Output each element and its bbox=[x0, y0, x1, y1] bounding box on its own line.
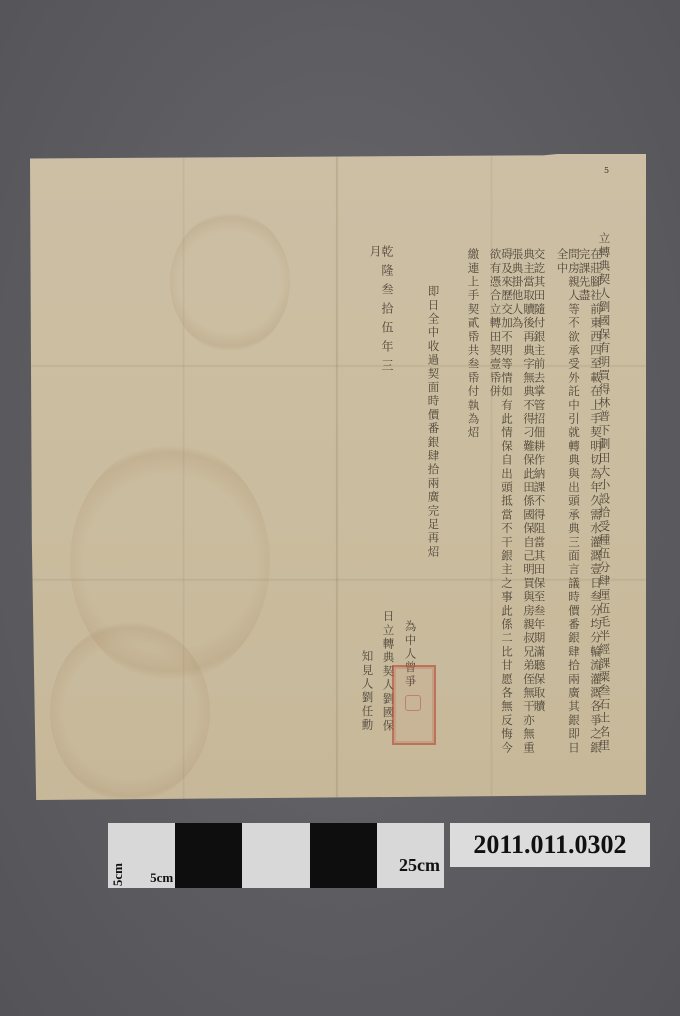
scale-segment-5: 25cm bbox=[377, 823, 444, 888]
scale-segment-1: 5cm 5cm bbox=[108, 823, 175, 888]
body-column-6: 碍及來歷交加不明等情如有此情保自出頭抵當不干銀主之事此係二比甘愿各無反悔今欲有憑… bbox=[489, 248, 512, 763]
body-column-7: 繳連上手契貳帋共叁帋付執為炤 bbox=[467, 248, 479, 448]
receipt-column: 即日全中收過契面時價番銀肆拾兩廣完足再炤 bbox=[427, 285, 439, 605]
scale-segment-3 bbox=[242, 823, 309, 888]
water-stain bbox=[50, 622, 210, 802]
scale-label-horizontal: 5cm bbox=[150, 870, 173, 886]
signature-witness: 知見人劉任勳 bbox=[361, 650, 373, 745]
scale-segment-2 bbox=[175, 823, 242, 888]
date-column: 乾隆叁拾伍年三月 bbox=[369, 245, 393, 395]
scale-segment-4 bbox=[310, 823, 377, 888]
scale-bar: 5cm 5cm 25cm bbox=[108, 823, 444, 888]
body-column-2: 在莊腳社前東西四至載在上手契明切為年久需水灌溉壹日叁分均分輪流灌溉各爭之銀完課先… bbox=[578, 248, 601, 763]
seal-glyph-icon bbox=[405, 695, 421, 711]
water-stain bbox=[170, 212, 290, 352]
red-seal-stamp bbox=[392, 665, 436, 745]
deed-paper bbox=[30, 152, 646, 800]
body-column-3: 問房親人等不欲承受外託中引就轉典與出頭承典三面言議時價番銀肆拾兩廣其銀即日全中 bbox=[556, 248, 579, 763]
catalog-number: 2011.011.0302 bbox=[450, 823, 650, 867]
scale-label-vertical: 5cm bbox=[110, 863, 126, 886]
body-column-5: 典主當取贖後再典字無典不得刁難保此田係國保自己明買與房親叔兄弟侄無干亦無重張典掛… bbox=[511, 248, 534, 763]
scale-label-total: 25cm bbox=[399, 855, 440, 876]
page-marker: 5 bbox=[604, 166, 609, 175]
